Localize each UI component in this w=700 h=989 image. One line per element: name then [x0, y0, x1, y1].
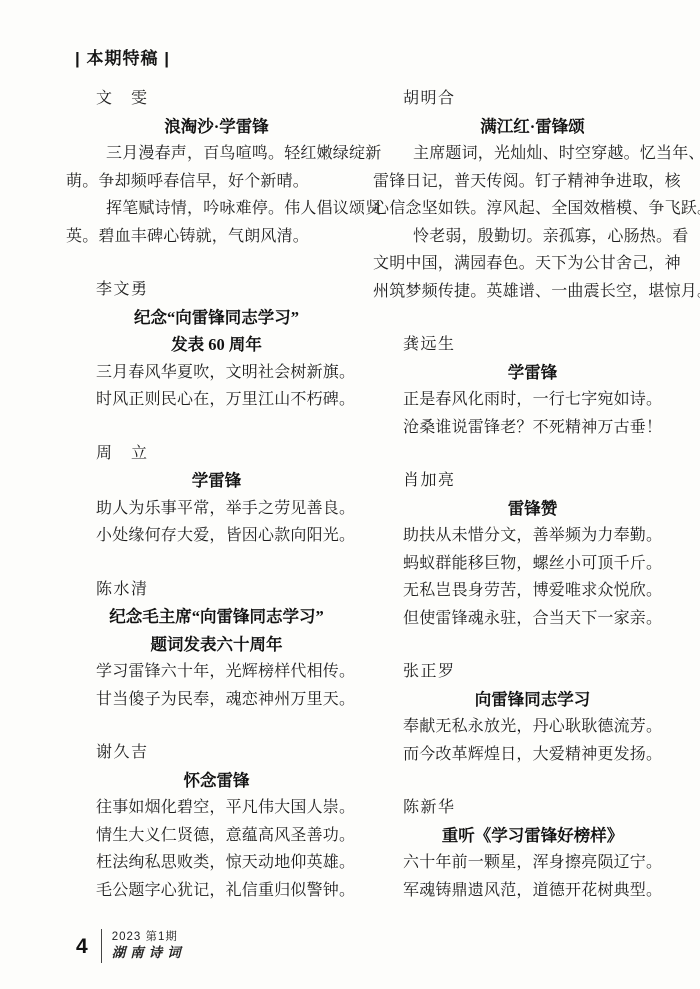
poem-line: 军魂铸鼎遗风范，道德开花树典型。 [403, 877, 692, 905]
poem-author: 龚远生 [403, 331, 692, 359]
journal-name: 湖南诗词 [112, 945, 186, 962]
poem: 谢久吉 怀念雷锋往事如烟化碧空，平凡伟大国人崇。情生大义仁贤德，意蕴高风圣善功。… [66, 739, 367, 904]
poem-author: 周 立 [96, 440, 367, 468]
poem-line: 毛公题字心犹记，礼信重归似警钟。 [96, 877, 367, 905]
poem-title: 浪淘沙·学雷锋 [66, 113, 367, 141]
poem-author: 陈新华 [403, 794, 692, 822]
poem: 肖加亮 雷锋赞助扶从未惜分文，善举频为力奉勤。蚂蚁群能移巨物，螺丝小可顶千斤。无… [373, 467, 692, 632]
poem: 陈水清 纪念毛主席“向雷锋同志学习”题词发表六十周年学习雷锋六十年，光辉榜样代相… [66, 576, 367, 714]
poem: 周 立 学雷锋助人为乐事平常，举手之劳见善良。小处缘何存大爱，皆因心款向阳光。 [66, 440, 367, 550]
poem-author: 胡明合 [403, 85, 692, 113]
poem-line: 而今改革辉煌日，大爱精神更发扬。 [403, 741, 692, 769]
poem-line: 雷锋日记，普天传阅。钉子精神争进取，核 [373, 168, 692, 196]
poem-author: 张正罗 [403, 658, 692, 686]
poem-title: 学雷锋 [66, 467, 367, 495]
poem-title: 重听《学习雷锋好榜样》 [373, 822, 692, 850]
poem-author: 李文勇 [96, 276, 367, 304]
poem-title: 发表 60 周年 [66, 331, 367, 359]
poem-line: 三月漫春声，百鸟喧鸣。轻红嫩绿绽新 [106, 140, 367, 168]
poem-line: 主席题词，光灿灿、时空穿越。忆当年、 [413, 140, 692, 168]
poem-author: 陈水清 [96, 576, 367, 604]
poem-line: 萌。争却频呼春信早，好个新晴。 [66, 168, 367, 196]
poem-line: 情生大义仁贤德，意蕴高风圣善功。 [96, 822, 367, 850]
poem: 胡明合 满江红·雷锋颂主席题词，光灿灿、时空穿越。忆当年、雷锋日记，普天传阅。钉… [373, 85, 692, 305]
poem-author: 谢久吉 [96, 739, 367, 767]
poem-line: 奉献无私永放光，丹心耿耿德流芳。 [403, 713, 692, 741]
page-number: 4 [76, 936, 88, 957]
poem-title: 学雷锋 [373, 359, 692, 387]
poem-author: 文 雯 [96, 85, 367, 113]
footer-divider [101, 929, 102, 963]
poem-line: 州筑梦频传捷。英雄谱、一曲震长空，堪惊月。 [373, 278, 692, 306]
poem-line: 学习雷锋六十年，光辉榜样代相传。 [96, 658, 367, 686]
right-column: 胡明合 满江红·雷锋颂主席题词，光灿灿、时空穿越。忆当年、雷锋日记，普天传阅。钉… [373, 85, 692, 904]
poem-title: 怀念雷锋 [66, 767, 367, 795]
poem: 龚远生 学雷锋正是春风化雨时，一行七字宛如诗。沧桑谁说雷锋老？不死精神万古垂！ [373, 331, 692, 441]
poem-title: 雷锋赞 [373, 495, 692, 523]
issue-label: 2023 第1期 [112, 930, 186, 945]
footer-journal-info: 2023 第1期 湖南诗词 [112, 930, 186, 962]
poem-line: 无私岂畏身劳苦，博爱唯求众悦欣。 [403, 577, 692, 605]
poem-line: 心信念坚如铁。淳风起、全国效楷模、争飞跃。 [373, 195, 692, 223]
poem-title: 满江红·雷锋颂 [373, 113, 692, 141]
poem-line: 枉法绚私思败类，惊天动地仰英雄。 [96, 849, 367, 877]
poem-title: 纪念毛主席“向雷锋同志学习” [66, 603, 367, 631]
poem: 陈新华 重听《学习雷锋好榜样》六十年前一颗星，浑身擦亮陨辽宁。军魂铸鼎遗风范，道… [373, 794, 692, 904]
poem-line: 往事如烟化碧空，平凡伟大国人崇。 [96, 794, 367, 822]
poem-line: 六十年前一颗星，浑身擦亮陨辽宁。 [403, 849, 692, 877]
poem-line: 正是春风化雨时，一行七字宛如诗。 [403, 386, 692, 414]
poem-title: 向雷锋同志学习 [373, 686, 692, 714]
poem-line: 三月春风华夏吹，文明社会树新旗。 [96, 359, 367, 387]
poem-line: 怜老弱，殷勤切。亲孤寡，心肠热。看 [413, 223, 692, 251]
poem-line: 文明中国，满园春色。天下为公甘舍己，神 [373, 250, 692, 278]
poem-title: 纪念“向雷锋同志学习” [66, 304, 367, 332]
left-column: 文 雯 浪淘沙·学雷锋三月漫春声，百鸟喧鸣。轻红嫩绿绽新萌。争却频呼春信早，好个… [66, 85, 367, 904]
poem-line: 助扶从未惜分文，善举频为力奉勤。 [403, 522, 692, 550]
poem: 李文勇 纪念“向雷锋同志学习”发表 60 周年三月春风华夏吹，文明社会树新旗。时… [66, 276, 367, 414]
poem-title: 题词发表六十周年 [66, 631, 367, 659]
poem-line: 蚂蚁群能移巨物，螺丝小可顶千斤。 [403, 550, 692, 578]
poem-line: 挥笔赋诗情，吟咏难停。伟人倡议颂贤 [106, 195, 367, 223]
poem-line: 时风正则民心在，万里江山不朽碑。 [96, 386, 367, 414]
poem-line: 小处缘何存大爱，皆因心款向阳光。 [96, 522, 367, 550]
poem-line: 英。碧血丰碑心铸就，气朗风清。 [66, 223, 367, 251]
poem-line: 甘当傻子为民奉，魂恋神州万里天。 [96, 686, 367, 714]
poem-line: 沧桑谁说雷锋老？不死精神万古垂！ [403, 414, 692, 442]
section-header: | 本期特稿 | [75, 44, 692, 69]
poem: 文 雯 浪淘沙·学雷锋三月漫春声，百鸟喧鸣。轻红嫩绿绽新萌。争却频呼春信早，好个… [66, 85, 367, 250]
page-footer: 4 2023 第1期 湖南诗词 [76, 929, 186, 963]
journal-page: | 本期特稿 | 文 雯 浪淘沙·学雷锋三月漫春声，百鸟喧鸣。轻红嫩绿绽新萌。争… [0, 0, 700, 989]
poem-line: 助人为乐事平常，举手之劳见善良。 [96, 495, 367, 523]
two-column-layout: 文 雯 浪淘沙·学雷锋三月漫春声，百鸟喧鸣。轻红嫩绿绽新萌。争却频呼春信早，好个… [66, 85, 692, 904]
poem-author: 肖加亮 [403, 467, 692, 495]
poem: 张正罗 向雷锋同志学习奉献无私永放光，丹心耿耿德流芳。而今改革辉煌日，大爱精神更… [373, 658, 692, 768]
poem-line: 但使雷锋魂永驻，合当天下一家亲。 [403, 605, 692, 633]
